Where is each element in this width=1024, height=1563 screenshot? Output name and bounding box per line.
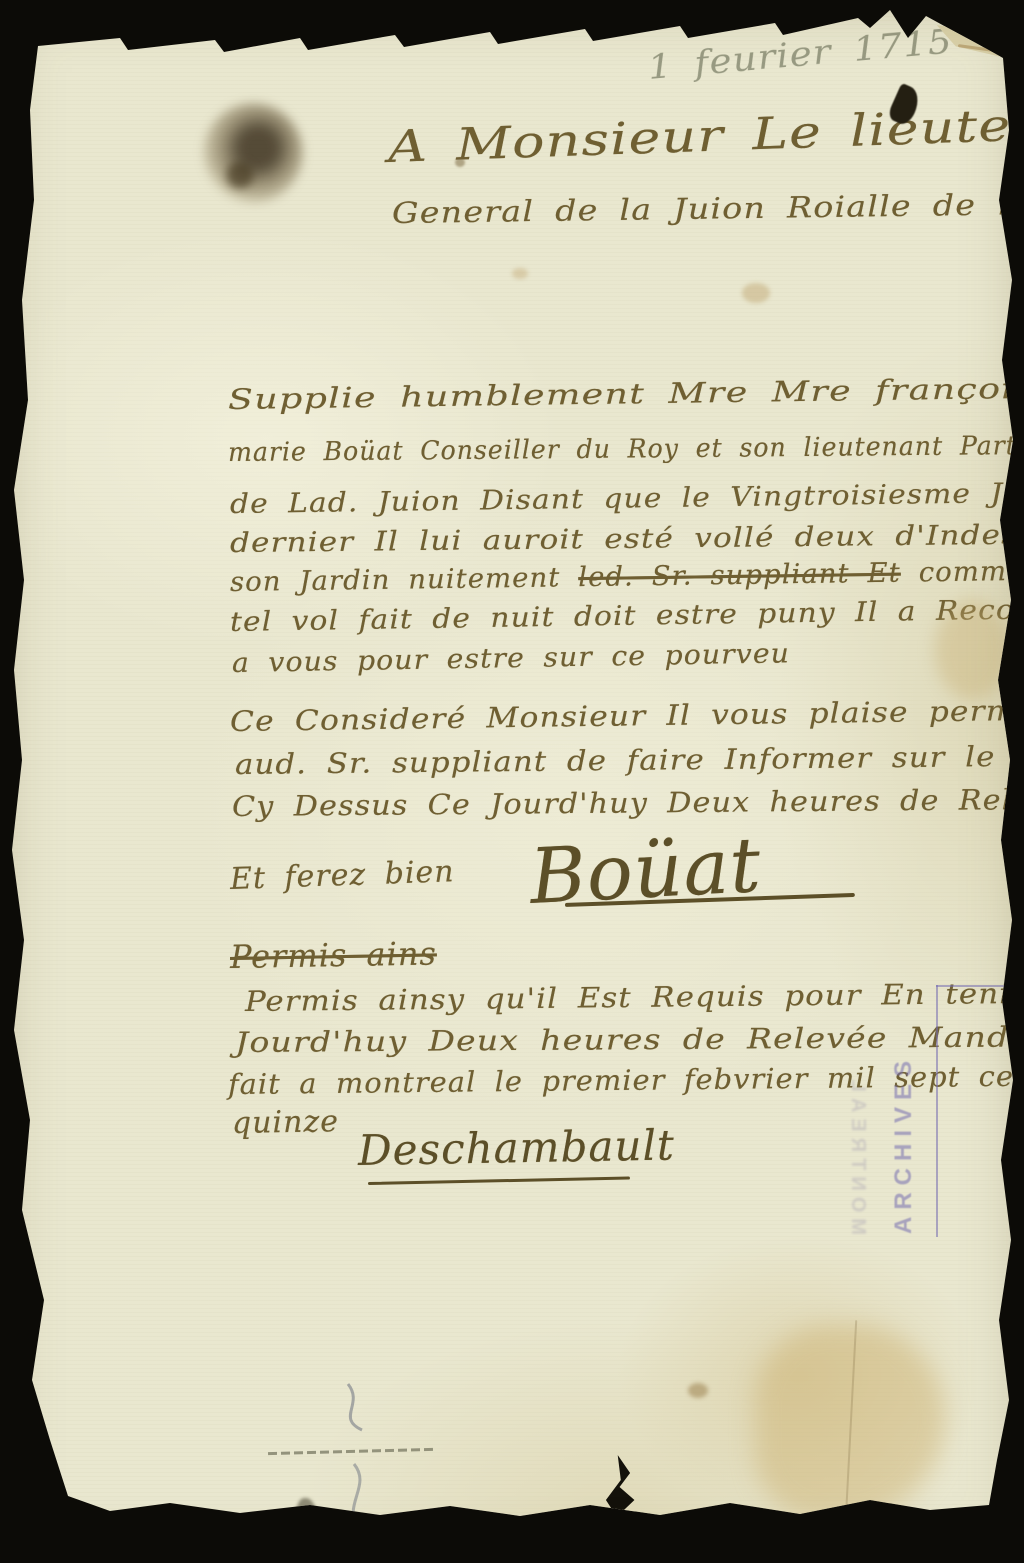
- archive-stamp-text: ARCHIVES: [890, 1008, 918, 1234]
- ordinance-line-3: fait a montreal le premier febvrier mil …: [228, 1060, 1024, 1101]
- ordinance-struck-start: Permis ains: [230, 934, 437, 976]
- manuscript-page: 1 feurier 1715 — A Monsieur Le lieutenan…: [0, 0, 1024, 1563]
- ink-blot-satellite: [222, 160, 258, 190]
- petition-line-3: de Lad. Juion Disant que le Vingtroisies…: [230, 476, 1024, 520]
- signature-bouat: Boüat: [528, 820, 764, 921]
- flap-crease: [958, 44, 1014, 55]
- small-stain-bottom: [688, 1383, 708, 1398]
- ink-blot-stain: [203, 103, 303, 203]
- paper-tear-gray: [296, 1498, 318, 1546]
- petition-line-6: tel vol fait de nuit doit estre puny Il …: [230, 593, 1024, 638]
- worm-hole: [886, 83, 923, 127]
- pencil-tally-line: [268, 1448, 433, 1455]
- small-fox-spot-2: [742, 283, 770, 303]
- heading-line-2: General de la Juion Roialle de montreal: [392, 185, 1024, 230]
- consideration-line-3: Cy Dessus Ce Jourd'huy Deux heures de Re…: [232, 782, 1024, 823]
- petition-line-5-text: son Jardin nuitement: [230, 562, 579, 598]
- consideration-line-1: Ce Consideré Monsieur Il vous plaise per…: [230, 692, 1024, 738]
- signature-deschambault: Deschambault: [358, 1120, 676, 1175]
- heading-line-1: A Monsieur Le lieutenant: [387, 96, 1024, 173]
- bottom-right-stain: [755, 1325, 945, 1520]
- closing-formula: Et ferez bien: [229, 854, 455, 897]
- petition-line-5-end: comme ——: [901, 555, 1024, 589]
- date-annotation: 1 feurier 1715 —: [646, 16, 1014, 88]
- petition-line-5: son Jardin nuitement led. Sr. suppliant …: [230, 555, 1024, 598]
- petition-line-1: Supplie humblement Mre Mre françois ——: [228, 370, 1024, 416]
- stamp-bleedthrough-text: MONTREAL: [846, 1035, 869, 1235]
- archive-stamp-border-top: [936, 985, 1016, 987]
- ordinance-line-2: Jourd'huy Deux heures de Relevée Mandons…: [235, 1020, 1024, 1059]
- consideration-line-2: aud. Sr. suppliant de faire Informer sur…: [235, 738, 1024, 781]
- paper-tear-black: [596, 1455, 658, 1555]
- small-fox-spot-1: [455, 158, 465, 167]
- paper-tear-small: [495, 1527, 535, 1560]
- petition-line-2: marie Boüat Conseiller du Roy et son lie…: [228, 430, 1024, 468]
- ordinance-line-4: quinze: [232, 1104, 340, 1141]
- ordinance-line-1: Permis ainsy qu'il Est Requis pour En te…: [245, 975, 1024, 1018]
- signature-deschambault-underline: [368, 1177, 630, 1185]
- small-fox-spot-3: [512, 268, 528, 279]
- edge-stain-mid-right: [935, 600, 1010, 700]
- petition-line-4: dernier Il lui auroit esté vollé deux d'…: [230, 518, 1024, 559]
- petition-line-5-struck-text: led. Sr. suppliant Et: [578, 558, 901, 594]
- signature-bouat-flourish: [565, 893, 855, 907]
- crease-line: [845, 1320, 857, 1520]
- archive-stamp-border-side: [936, 985, 938, 1237]
- petition-line-7: a vous pour estre sur ce pourveu: [232, 638, 790, 679]
- scanned-manuscript: 1 feurier 1715 — A Monsieur Le lieutenan…: [0, 0, 1024, 1563]
- blue-pencil-scribble: [318, 1378, 478, 1538]
- torn-corner-flap: [930, 20, 1016, 64]
